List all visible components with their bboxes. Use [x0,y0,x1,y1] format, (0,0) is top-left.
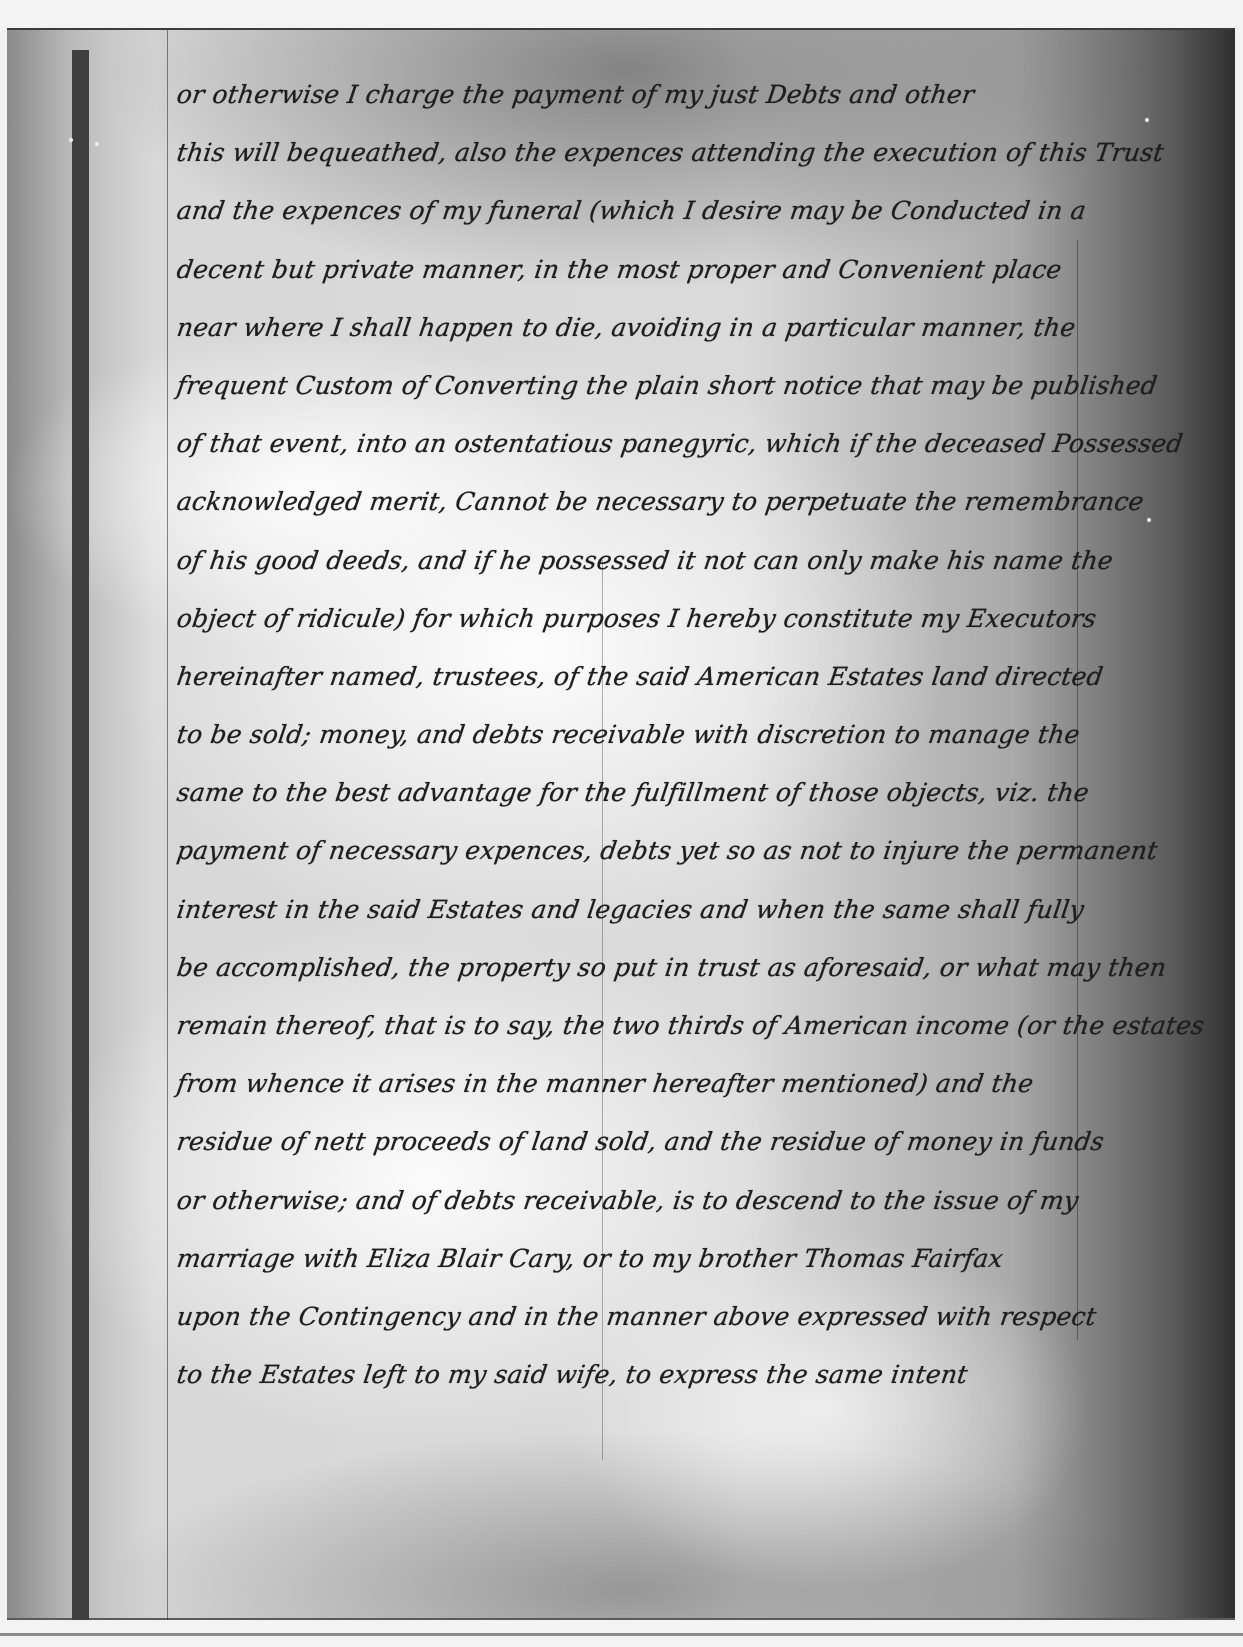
manuscript-line: near where I shall happen to die, avoidi… [173,299,1061,357]
manuscript-line: to the Estates left to my said wife, to … [173,1346,1061,1404]
binding-shadow-strip [72,50,89,1620]
manuscript-text: or otherwise I charge the payment of my … [177,66,1057,1404]
manuscript-line: hereinafter named, trustees, of the said… [173,648,1061,706]
manuscript-line: acknowledged merit, Cannot be necessary … [173,473,1061,531]
left-margin-rule [167,30,168,1620]
manuscript-line: of that event, into an ostentatious pane… [173,415,1061,473]
manuscript-line: or otherwise I charge the payment of my … [173,66,1061,124]
manuscript-line: same to the best advantage for the fulfi… [173,764,1061,822]
manuscript-line: this will bequeathed, also the expences … [173,124,1061,182]
manuscript-line: decent but private manner, in the most p… [173,241,1061,299]
manuscript-line: and the expences of my funeral (which I … [173,182,1061,240]
manuscript-line: object of ridicule) for which purposes I… [173,590,1061,648]
manuscript-line: or otherwise; and of debts receivable, i… [173,1172,1061,1230]
manuscript-line: residue of nett proceeds of land sold, a… [173,1113,1061,1171]
manuscript-page: or otherwise I charge the payment of my … [7,28,1235,1620]
manuscript-line: of his good deeds, and if he possessed i… [173,532,1061,590]
manuscript-line: interest in the said Estates and legacie… [173,881,1061,939]
manuscript-line: to be sold; money, and debts receivable … [173,706,1061,764]
manuscript-line: marriage with Eliza Blair Cary, or to my… [173,1230,1061,1288]
scanner-bottom-edge [0,1633,1243,1636]
manuscript-line: frequent Custom of Converting the plain … [173,357,1061,415]
manuscript-line: payment of necessary expences, debts yet… [173,822,1061,880]
manuscript-line: remain thereof, that is to say, the two … [173,997,1061,1055]
manuscript-line: upon the Contingency and in the manner a… [173,1288,1061,1346]
manuscript-line: be accomplished, the property so put in … [173,939,1061,997]
manuscript-line: from whence it arises in the manner here… [173,1055,1061,1113]
